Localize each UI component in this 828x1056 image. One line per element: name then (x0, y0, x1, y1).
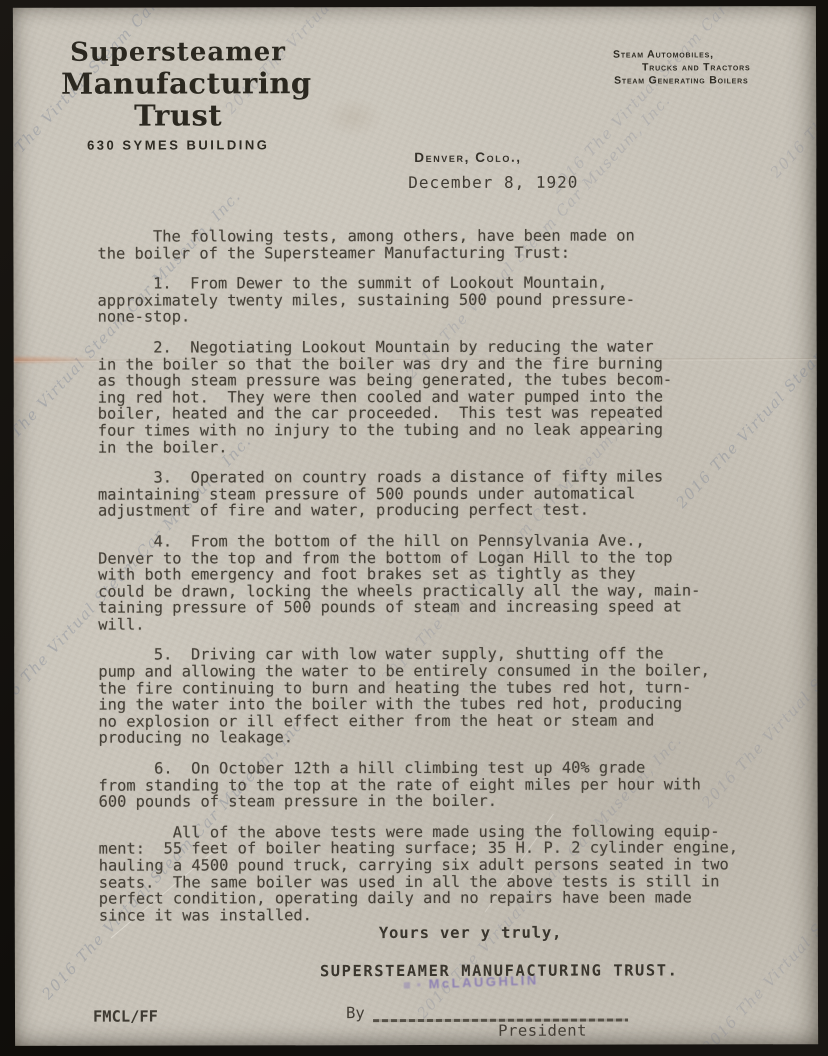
service-line: Steam Generating Boilers (613, 74, 793, 87)
scan-background: 2016 The Virtual Steam Car Museum, Inc. … (0, 0, 828, 1056)
by-label: By (346, 1004, 365, 1022)
signer-title: President (498, 1022, 587, 1040)
company-name-line1: Supersteamer (61, 37, 295, 67)
service-line: Steam Automobiles, (613, 48, 793, 61)
paper-stain (323, 97, 383, 137)
letter-body: The following tests, among others, have … (97, 227, 780, 938)
dateline-place: Denver, Colo., (414, 150, 521, 165)
paragraph-test-2: 2. Negotiating Lookout Mountain by reduc… (98, 338, 780, 456)
paragraph-test-3: 3. Operated on country roads a distance … (98, 468, 780, 519)
paragraph-test-5: 5. Driving car with low water supply, sh… (98, 646, 780, 747)
letter-paper: 2016 The Virtual Steam Car Museum, Inc. … (13, 6, 818, 1046)
letterhead-company-block: Supersteamer Manufacturing Trust 630 SYM… (61, 37, 295, 152)
paragraph-intro: The following tests, among others, have … (97, 227, 779, 262)
stamp-ghost-impression: ■ ▪ (403, 977, 423, 993)
typist-initials: FMCL/FF (93, 1008, 158, 1026)
paragraph-test-6: 6. On October 12th a hill climbing test … (98, 759, 780, 810)
valediction: Yours ver y truly, (379, 924, 562, 942)
company-address: 630 SYMES BUILDING (61, 137, 295, 152)
letterhead-services-block: Steam Automobiles, Trucks and Tractors S… (613, 48, 793, 87)
paragraph-equipment-summary: All of the above tests were made using t… (99, 823, 781, 924)
paragraph-test-4: 4. From the bottom of the hill on Pennsy… (98, 532, 780, 633)
dateline-date: December 8, 1920 (408, 173, 578, 192)
paragraph-test-1: 1. From Dewer to the summit of Lookout M… (97, 274, 779, 325)
rust-smudge (14, 356, 100, 364)
company-name-line2: Manufacturing Trust (61, 67, 295, 131)
stamp-name: McLAUGHLIN (428, 972, 539, 991)
watermark-text: 2016 The Virtual Steam Car Museum, Inc. (767, 6, 818, 181)
service-line: Trucks and Tractors (613, 61, 793, 74)
watermark-text: 2016 The Virtual Steam Car Museum, Inc. (547, 6, 818, 197)
